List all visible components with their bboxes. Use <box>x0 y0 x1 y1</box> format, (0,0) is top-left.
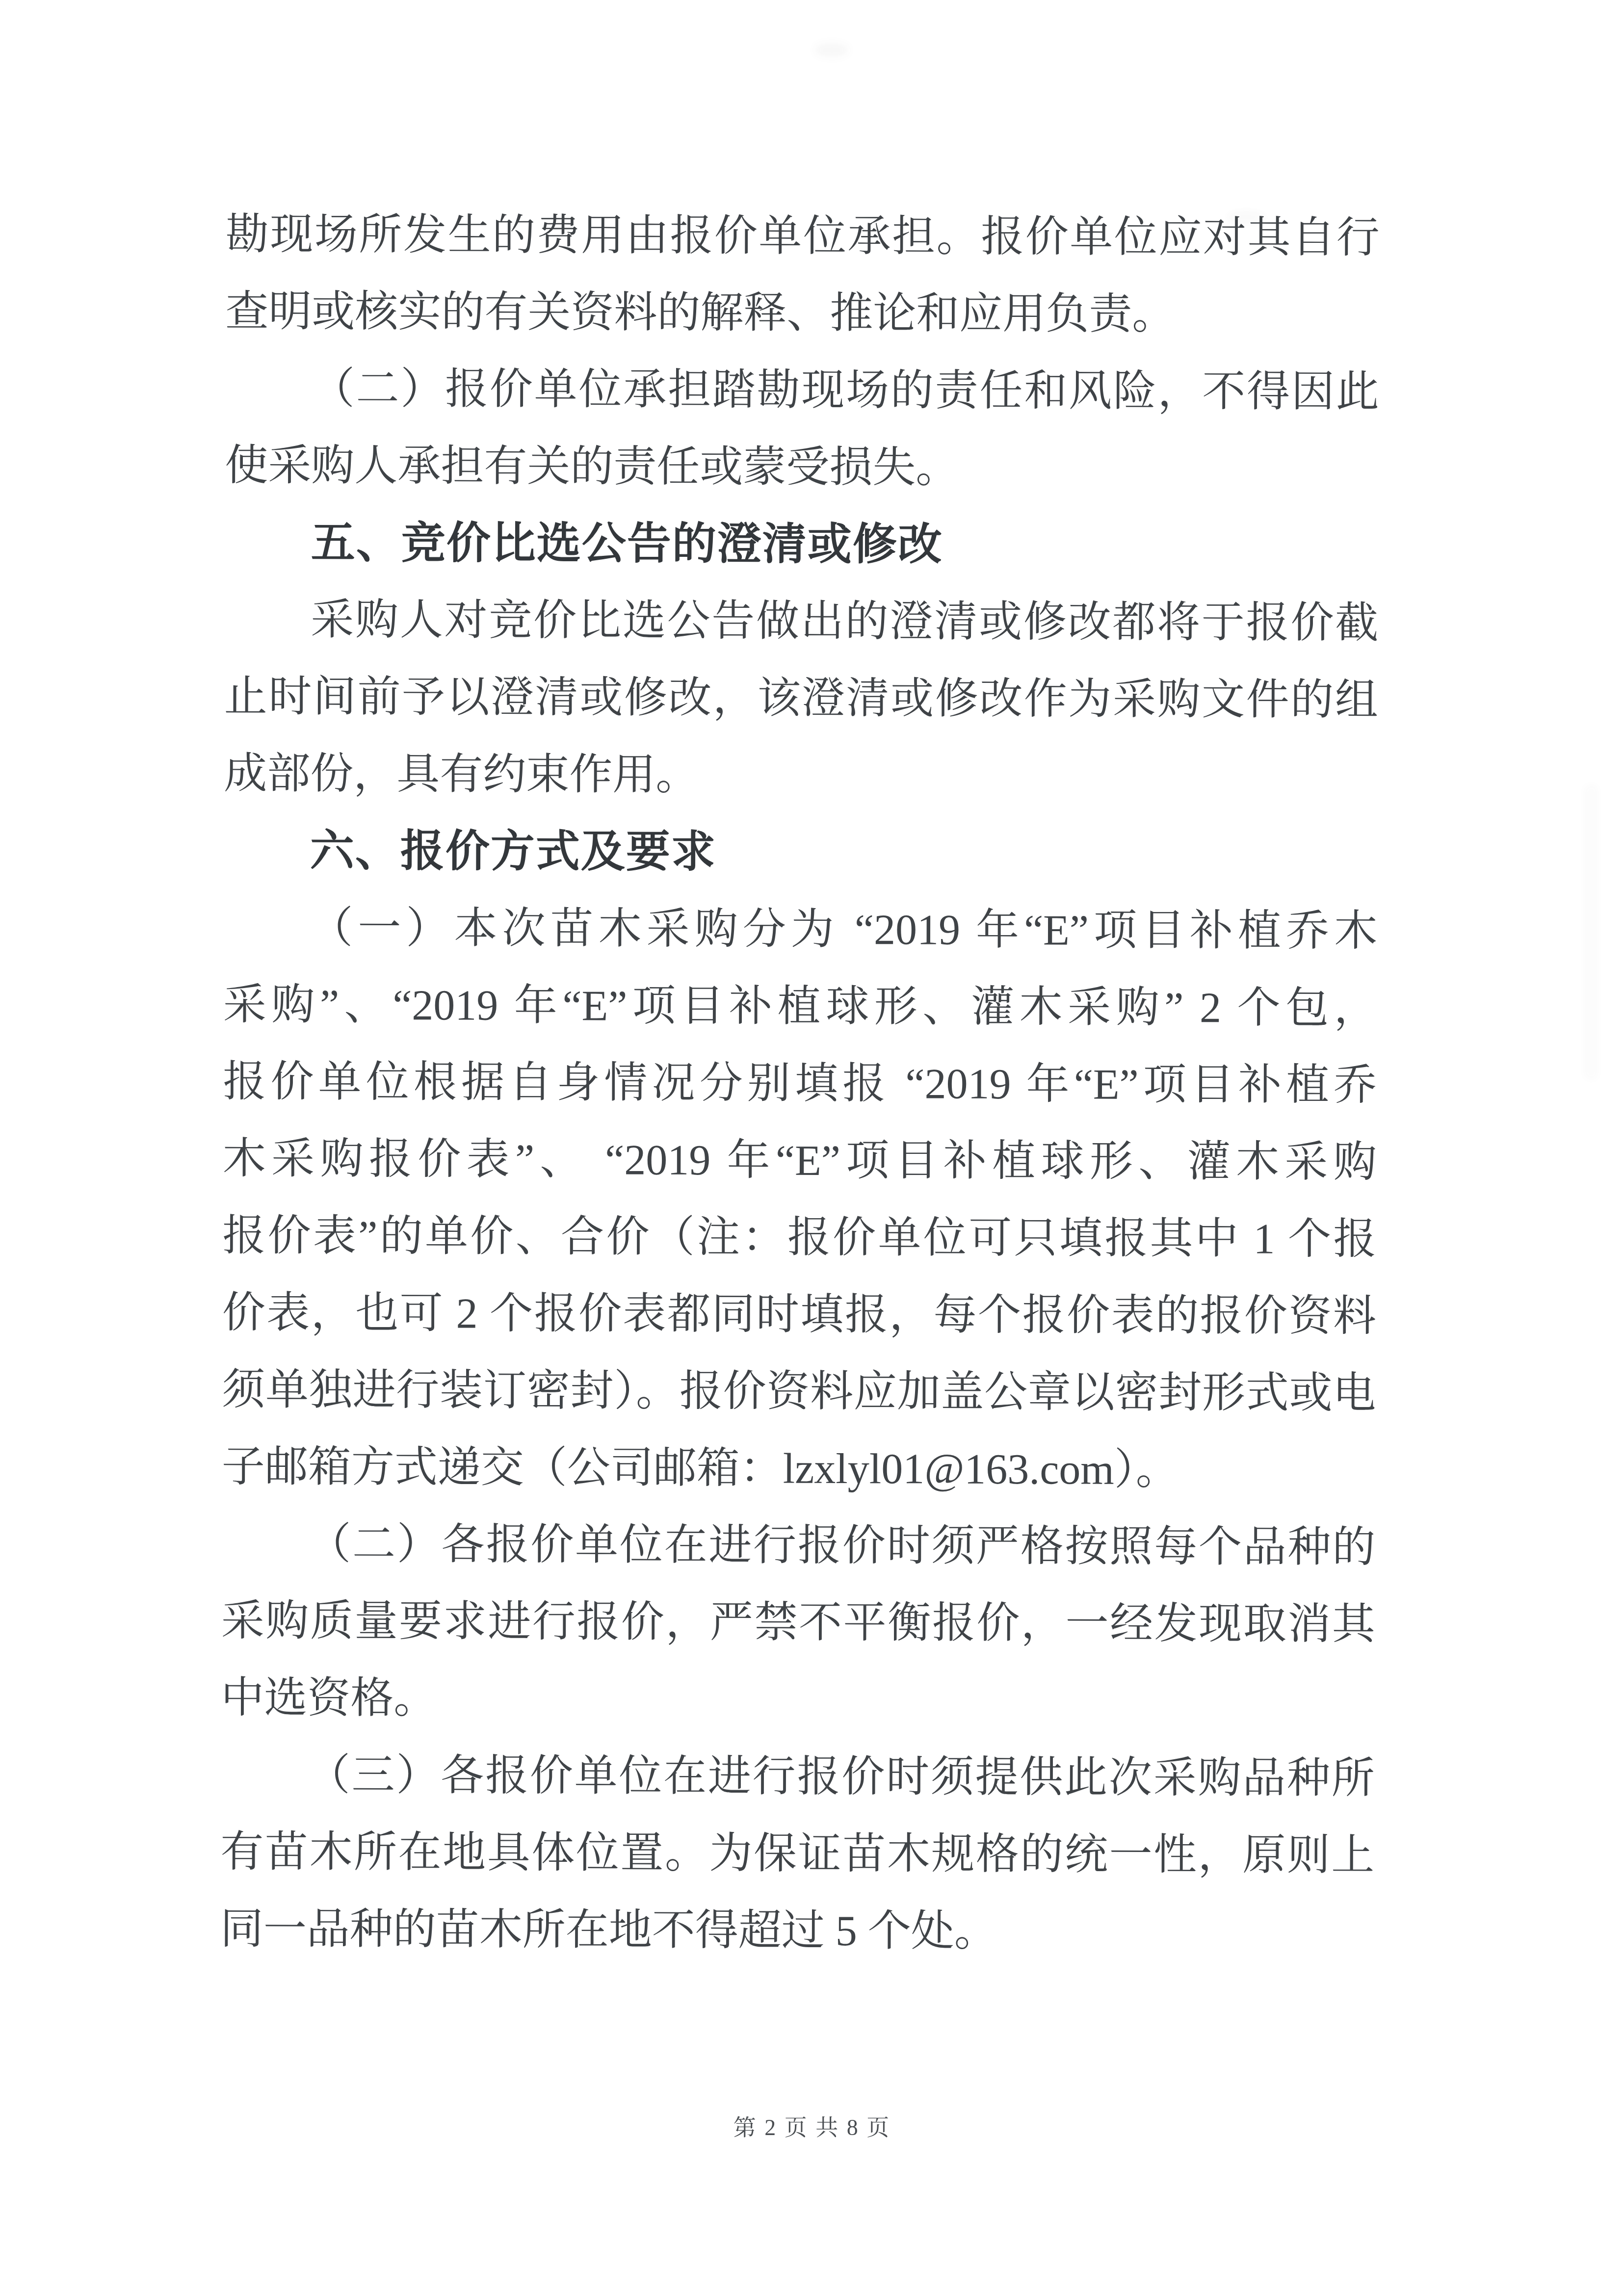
text-line: 止时间前予以澄清或修改，该澄清或修改作为采购文件的组 <box>224 658 1378 739</box>
text-line: 成部份，具有约束作用。 <box>224 735 1378 816</box>
text-line: 采购质量要求进行报价，严禁不平衡报价，一经发现取消其 <box>221 1583 1375 1663</box>
text-line: 使采购人承担有关的责任或蒙受损失。 <box>225 427 1379 508</box>
text-line: 采购人对竞价比选公告做出的澄清或修改都将于报价截 <box>224 581 1378 662</box>
text-line-email: 子邮箱方式递交（公司邮箱：lzxlyl01@163.com）。 <box>222 1429 1376 1509</box>
text-line: （一）本次苗木采购分为 “2019 年“E”项目补植乔木 <box>223 889 1377 970</box>
document-text-block: 勘现场所发生的费用由报价单位承担。报价单位应对其自行 查明或核实的有关资料的解释… <box>220 196 1380 1971</box>
section-heading-5: 五、竞价比选公告的澄清或修改 <box>225 504 1379 585</box>
scan-smudge <box>1585 785 1598 1079</box>
scan-smudge <box>814 43 849 57</box>
text-line: 采购”、“2019 年“E”项目补植球形、灌木采购” 2 个包， <box>223 966 1377 1047</box>
text-line: 勘现场所发生的费用由报价单位承担。报价单位应对其自行 <box>226 196 1380 277</box>
section-heading-6: 六、报价方式及要求 <box>224 812 1378 893</box>
text-line: （二）各报价单位在进行报价时须严格按照每个品种的 <box>221 1506 1375 1586</box>
page-number-footer: 第 2 页 共 8 页 <box>0 2110 1624 2142</box>
text-line: 价表，也可 2 个报价表都同时填报，每个报价表的报价资料 <box>222 1275 1376 1355</box>
text-line: 须单独进行装订密封）。报价资料应加盖公章以密封形式或电 <box>222 1352 1376 1432</box>
text-line: （三）各报价单位在进行报价时须提供此次采购品种所 <box>221 1737 1375 1817</box>
text-line: 有苗木所在地具体位置。为保证苗木规格的统一性，原则上 <box>220 1814 1374 1894</box>
text-line: 同一品种的苗木所在地不得超过 5 个处。 <box>220 1891 1374 1971</box>
text-line: （二）报价单位承担踏勘现场的责任和风险，不得因此 <box>225 350 1379 431</box>
text-line: 中选资格。 <box>221 1660 1375 1740</box>
text-line: 报价单位根据自身情况分别填报 “2019 年“E”项目补植乔 <box>223 1044 1377 1124</box>
text-line: 报价表”的单价、合价（注：报价单位可只填报其中 1 个报 <box>222 1198 1376 1278</box>
document-page: 勘现场所发生的费用由报价单位承担。报价单位应对其自行 查明或核实的有关资料的解释… <box>0 0 1624 2296</box>
text-line: 木采购报价表”、 “2019 年“E”项目补植球形、灌木采购 <box>223 1121 1377 1201</box>
text-line: 查明或核实的有关资料的解释、推论和应用负责。 <box>225 273 1379 354</box>
